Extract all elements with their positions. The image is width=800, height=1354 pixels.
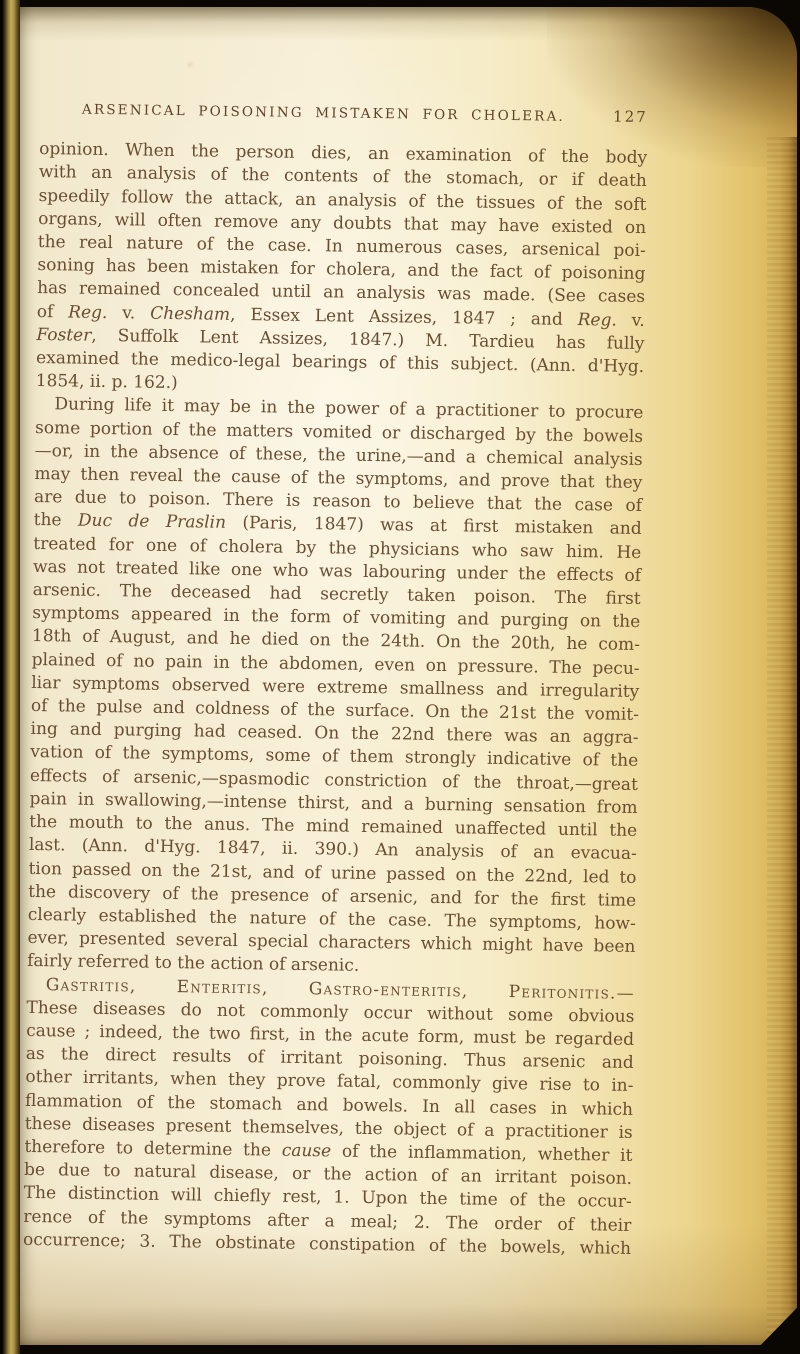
paragraph: opinion. When the person dies, an examin… [36, 138, 648, 402]
case-citation: Reg. [68, 302, 107, 323]
book-photo-background: ARSENICAL POISONING MISTAKEN FOR CHOLERA… [0, 0, 800, 1354]
person-name: Duc de Praslin [78, 511, 226, 533]
text-segment: v. [107, 303, 150, 324]
page-content: ARSENICAL POISONING MISTAKEN FOR CHOLERA… [23, 97, 648, 1261]
emphasized-word: cause [282, 1141, 332, 1162]
text-segment: the [34, 510, 79, 531]
text-segment: of the inflammation, whether it [331, 1141, 633, 1165]
body-text: opinion. When the person dies, an examin… [23, 138, 647, 1261]
text-segment: v. [617, 310, 645, 330]
book-spine-edge [0, 0, 20, 1354]
case-citation: Reg. [578, 310, 617, 331]
text-segment: therefore to determine the [24, 1137, 282, 1161]
paragraph: During life it may be in the power of a … [27, 393, 644, 982]
page-fore-edge [767, 137, 797, 1345]
text-segment: , Essex Lent Assizes, 1847 ; and [230, 304, 578, 329]
case-citation: Chesham [150, 303, 230, 324]
page-number: 127 [613, 106, 648, 130]
case-citation: Foster [36, 325, 91, 346]
text-segment: of [37, 302, 69, 322]
paragraph: Gastritis, Enteritis, Gastro-enteritis, … [23, 973, 635, 1260]
text-segment: (Paris, 1847) was at first mistaken and [226, 513, 642, 539]
